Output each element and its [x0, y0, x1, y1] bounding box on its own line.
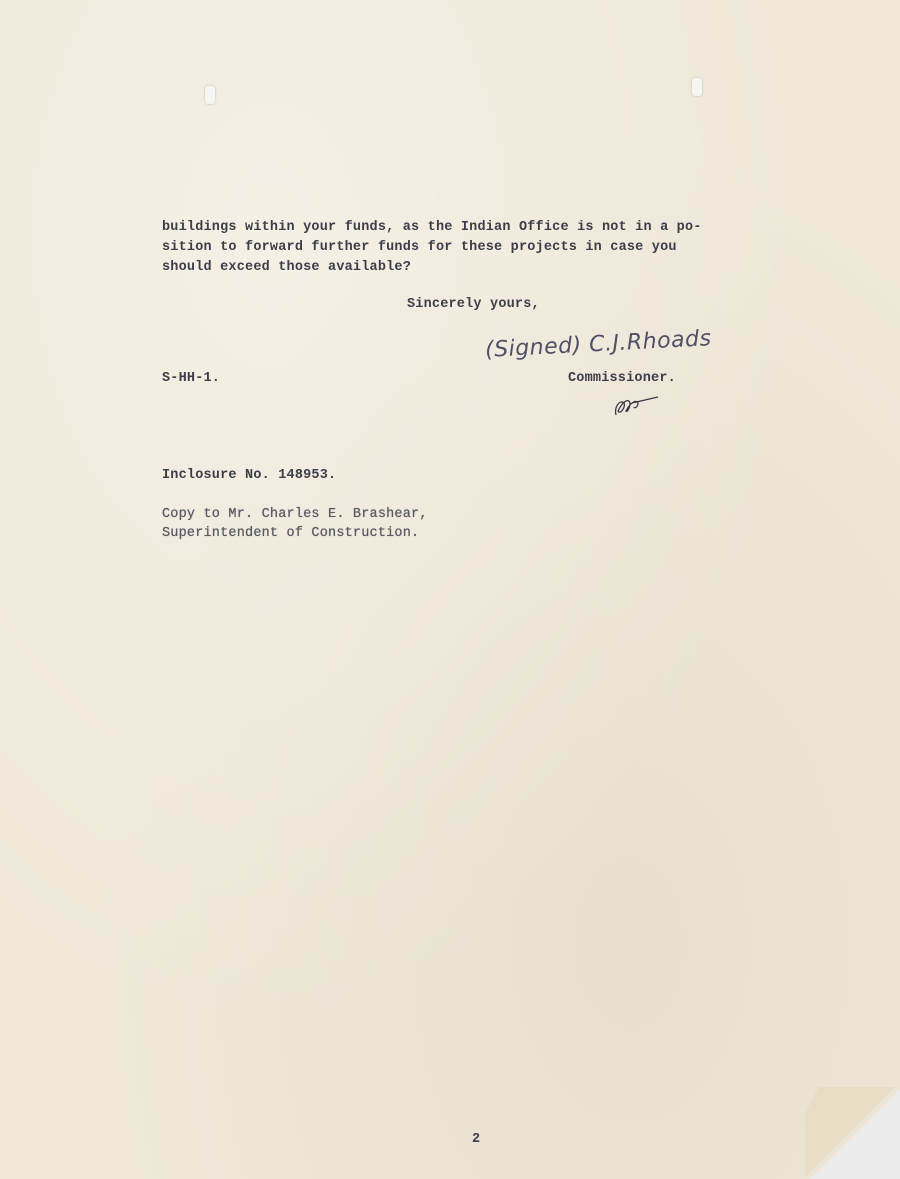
body-line-1: buildings within your funds, as the Indi…	[162, 218, 702, 237]
page-number: 2	[472, 1130, 480, 1149]
closing-salutation: Sincerely yours,	[407, 295, 540, 314]
body-line-3: should exceed those available?	[162, 258, 411, 277]
copy-to-line-2: Superintendent of Construction.	[162, 524, 419, 543]
handwritten-initials-icon	[612, 393, 662, 419]
punch-hole-left	[205, 86, 215, 104]
inclosure-number: Inclosure No. 148953.	[162, 466, 336, 485]
punch-hole-right	[692, 78, 702, 96]
reference-code: S-HH-1.	[162, 369, 220, 388]
document-page: buildings within your funds, as the Indi…	[0, 0, 900, 1179]
body-line-2: sition to forward further funds for thes…	[162, 238, 677, 257]
signature-stamp: (Signed) C.J.Rhoads	[485, 326, 713, 363]
copy-to-line-1: Copy to Mr. Charles E. Brashear,	[162, 505, 428, 524]
signer-title: Commissioner.	[568, 369, 676, 388]
